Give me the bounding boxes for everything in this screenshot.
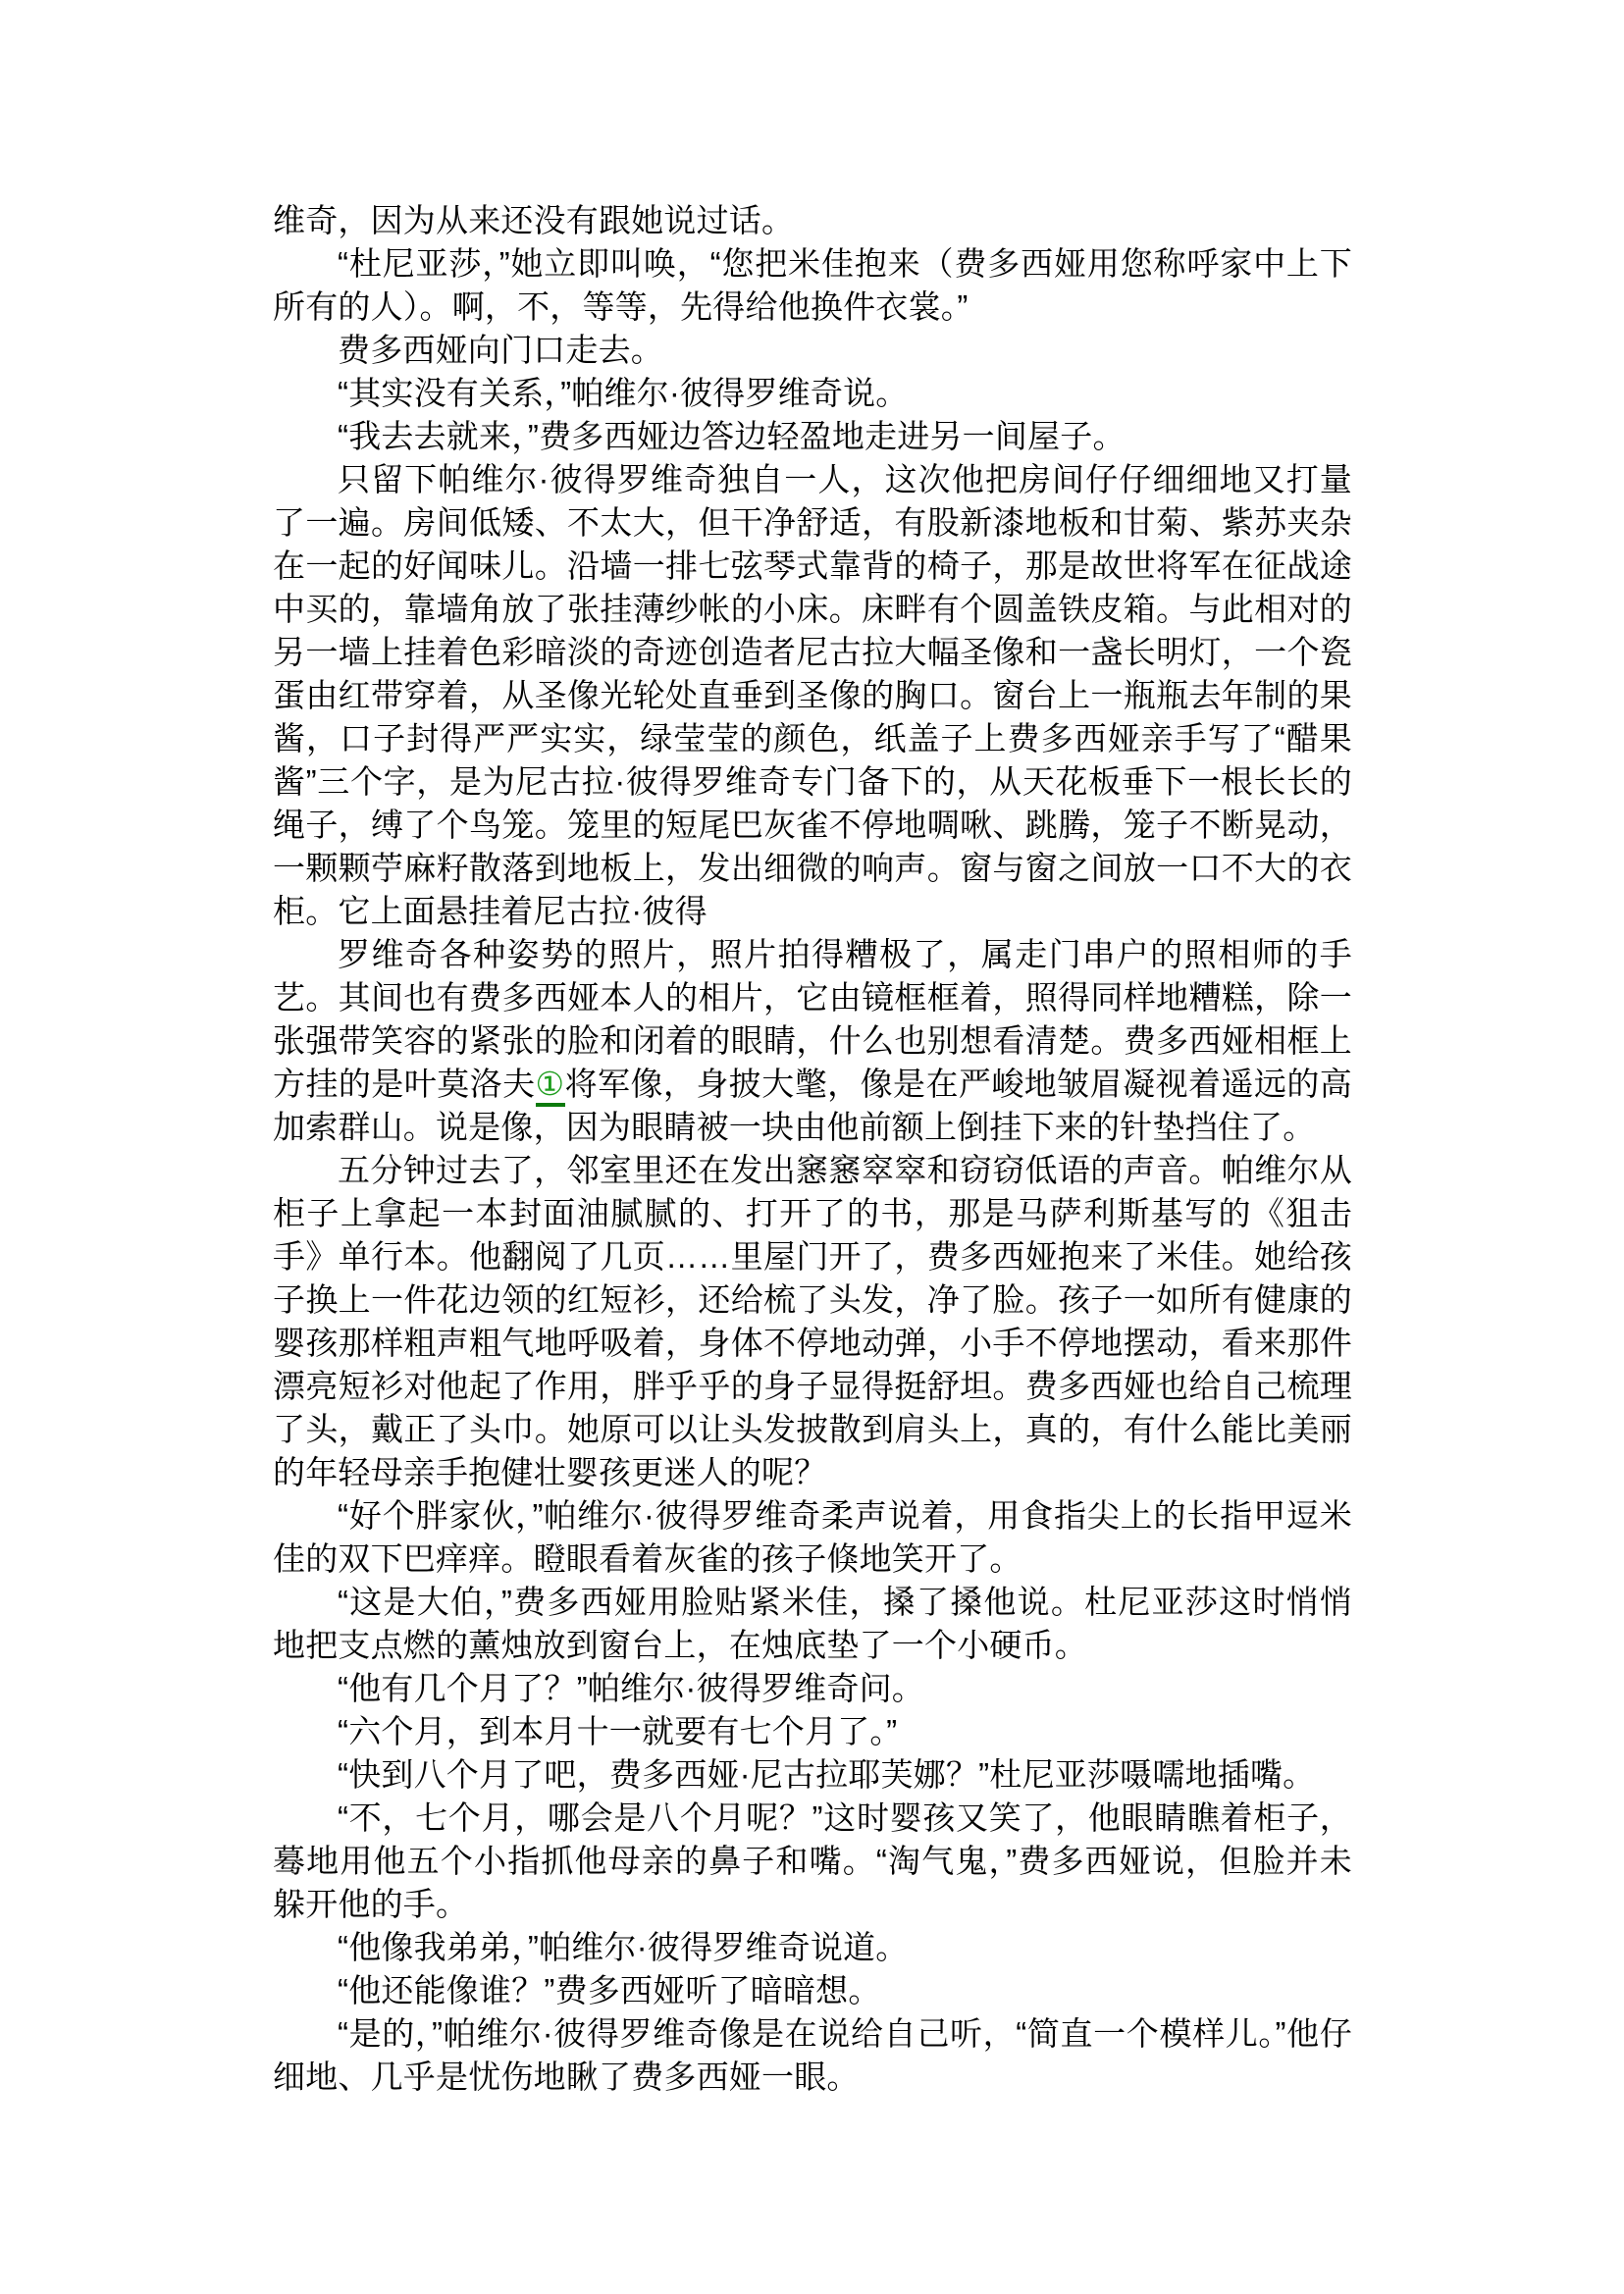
- paragraph: “他像我弟弟，”帕维尔·彼得罗维奇说道。: [273, 1926, 1352, 1969]
- paragraph: 只留下帕维尔·彼得罗维奇独自一人，这次他把房间仔仔细细地又打量了一遍。房间低矮、…: [273, 458, 1352, 933]
- text-run: 五分钟过去了，邻室里还在发出窸窸窣窣和窃窃低语的声音。帕维尔从柜子上拿起一本封面…: [273, 1152, 1352, 1490]
- paragraph: 费多西娅向门口走去。: [273, 329, 1352, 372]
- text-block: 维奇，因为从来还没有跟她说过话。“杜尼亚莎，”她立即叫唤，“您把米佳抱来（费多西…: [273, 199, 1352, 2099]
- paragraph: “他还能像谁？”费多西娅听了暗暗想。: [273, 1969, 1352, 2012]
- text-run: “不，七个月，哪会是八个月呢？”这时婴孩又笑了，他眼睛瞧着柜子，蓦地用他五个小指…: [273, 1799, 1352, 1922]
- text-run: “是的，”帕维尔·彼得罗维奇像是在说给自己听，“简直一个模样儿。”他仔细地、几乎…: [273, 2015, 1352, 2095]
- text-run: “六个月，到本月十一就要有七个月了。”: [338, 1713, 897, 1749]
- paragraph: 罗维奇各种姿势的照片，照片拍得糟极了，属走门串户的照相师的手艺。其间也有费多西娅…: [273, 933, 1352, 1149]
- paragraph: “六个月，到本月十一就要有七个月了。”: [273, 1710, 1352, 1753]
- footnote-ref-icon[interactable]: ①: [536, 1066, 565, 1107]
- paragraph: “杜尼亚莎，”她立即叫唤，“您把米佳抱来（费多西娅用您称呼家中上下所有的人）。啊…: [273, 242, 1352, 329]
- text-run: “他像我弟弟，”帕维尔·彼得罗维奇说道。: [338, 1929, 908, 1965]
- text-run: “好个胖家伙，”帕维尔·彼得罗维奇柔声说着，用食指尖上的长指甲逗米佳的双下巴痒痒…: [273, 1497, 1352, 1577]
- text-run: “他还能像谁？”费多西娅听了暗暗想。: [338, 1972, 881, 2008]
- paragraph: “其实没有关系，”帕维尔·彼得罗维奇说。: [273, 372, 1352, 415]
- text-run: “快到八个月了吧，费多西娅·尼古拉耶芙娜？”杜尼亚莎嗫嚅地插嘴。: [338, 1756, 1315, 1793]
- paragraph: “是的，”帕维尔·彼得罗维奇像是在说给自己听，“简直一个模样儿。”他仔细地、几乎…: [273, 2012, 1352, 2099]
- text-run: 只留下帕维尔·彼得罗维奇独自一人，这次他把房间仔仔细细地又打量了一遍。房间低矮、…: [273, 461, 1352, 929]
- paragraph: “不，七个月，哪会是八个月呢？”这时婴孩又笑了，他眼睛瞧着柜子，蓦地用他五个小指…: [273, 1797, 1352, 1926]
- paragraph: “好个胖家伙，”帕维尔·彼得罗维奇柔声说着，用食指尖上的长指甲逗米佳的双下巴痒痒…: [273, 1494, 1352, 1581]
- text-run: 维奇，因为从来还没有跟她说过话。: [273, 202, 794, 238]
- paragraph: 五分钟过去了，邻室里还在发出窸窸窣窣和窃窃低语的声音。帕维尔从柜子上拿起一本封面…: [273, 1149, 1352, 1494]
- text-run: “他有几个月了？”帕维尔·彼得罗维奇问。: [338, 1670, 924, 1706]
- document-page: 维奇，因为从来还没有跟她说过话。“杜尼亚莎，”她立即叫唤，“您把米佳抱来（费多西…: [0, 0, 1624, 2294]
- paragraph: “快到八个月了吧，费多西娅·尼古拉耶芙娜？”杜尼亚莎嗫嚅地插嘴。: [273, 1753, 1352, 1797]
- text-run: “这是大伯，”费多西娅用脸贴紧米佳，搡了搡他说。杜尼亚莎这时悄悄地把支点燃的薰烛…: [273, 1584, 1352, 1663]
- paragraph: “这是大伯，”费多西娅用脸贴紧米佳，搡了搡他说。杜尼亚莎这时悄悄地把支点燃的薰烛…: [273, 1581, 1352, 1667]
- paragraph: 维奇，因为从来还没有跟她说过话。: [273, 199, 1352, 242]
- text-run: “我去去就来，”费多西娅边答边轻盈地走进另一间屋子。: [338, 418, 1126, 454]
- text-run: “杜尼亚莎，”她立即叫唤，“您把米佳抱来（费多西娅用您称呼家中上下所有的人）。啊…: [273, 245, 1352, 325]
- text-run: “其实没有关系，”帕维尔·彼得罗维奇说。: [338, 375, 908, 411]
- paragraph: “我去去就来，”费多西娅边答边轻盈地走进另一间屋子。: [273, 415, 1352, 458]
- text-run: 费多西娅向门口走去。: [338, 332, 663, 368]
- paragraph: “他有几个月了？”帕维尔·彼得罗维奇问。: [273, 1667, 1352, 1710]
